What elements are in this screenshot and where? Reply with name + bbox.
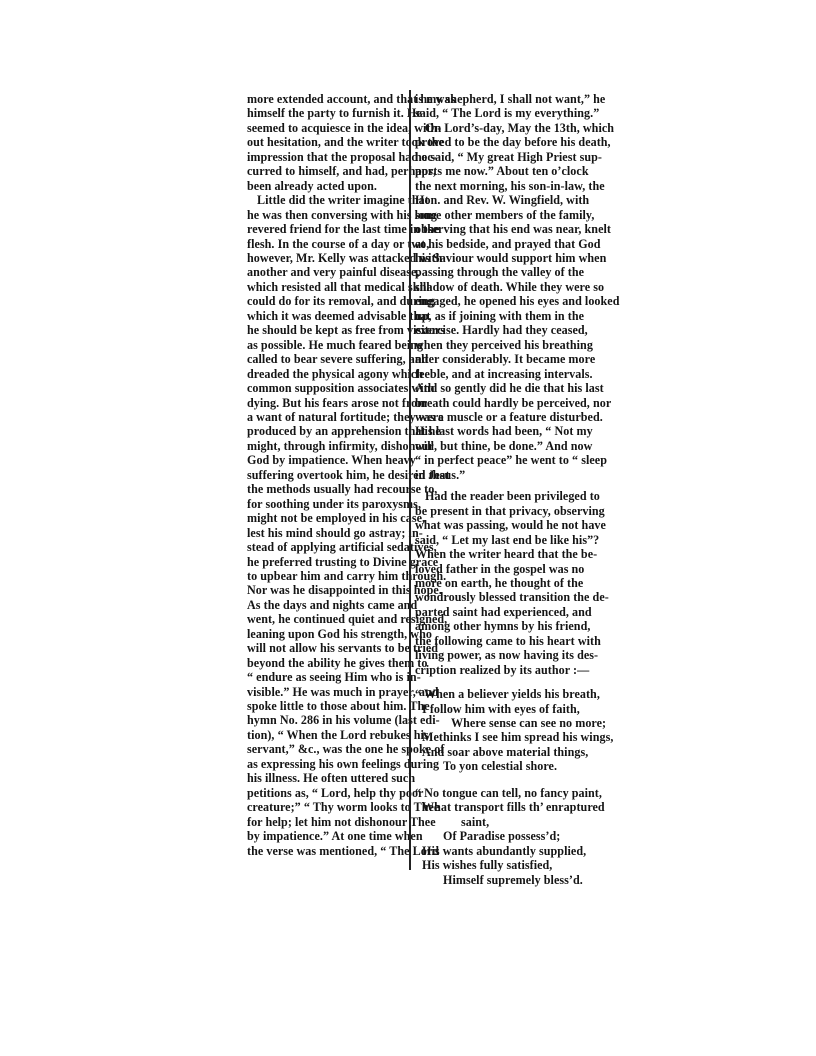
text-line: himself the party to furnish it. He (247, 106, 414, 120)
text-line: breath could hardly be perceived, nor (415, 396, 583, 410)
text-line: might, through infirmity, dishonour (247, 439, 414, 453)
text-line: his Saviour would support him when (415, 251, 583, 265)
paragraph-continued: more extended account, and that he was h… (247, 92, 414, 193)
text-line: could do for its removal, and during (247, 294, 414, 308)
verse-line: And soar above material things, (415, 745, 583, 759)
text-line: called to bear severe suffering, and (247, 352, 414, 366)
text-line: His last words had been, “ Not my (415, 424, 583, 438)
verse-line: I follow him with eyes of faith, (415, 702, 583, 716)
verse-line: His wants abundantly supplied, (415, 844, 583, 858)
text-line: exercise. Hardly had they ceased, (415, 323, 583, 337)
text-line: among other hymns by his friend, (415, 619, 583, 633)
verse-line: What transport fills th’ enraptured (415, 800, 583, 814)
verse-line: “ No tongue can tell, no fancy paint, (415, 786, 583, 800)
text-line: more extended account, and that he was (247, 92, 414, 106)
text-line: living power, as now having its des- (415, 648, 583, 662)
text-line: common supposition associates with (247, 381, 414, 395)
text-line: lest his mind should go astray; in- (247, 526, 414, 540)
text-line: might not be employed in his case, (247, 511, 414, 525)
text-line: impression that the proposal had oc- (247, 150, 414, 164)
text-line: dying. But his fears arose not from (247, 396, 414, 410)
text-line: visible.” He was much in prayer, and (247, 685, 414, 699)
text-line: “ in perfect peace” he went to “ sleep (415, 453, 583, 467)
left-column: more extended account, and that he was h… (247, 92, 414, 858)
text-line: seemed to acquiesce in the idea, with- (247, 121, 414, 135)
text-line: for help; let him not dishonour Thee (247, 815, 414, 829)
text-line: the next morning, his son-in-law, the (415, 179, 583, 193)
text-line: feeble, and at increasing intervals. (415, 367, 583, 381)
text-line: out hesitation, and the writer took the (247, 135, 414, 149)
text-line: he was then conversing with his long (247, 208, 414, 222)
text-line: “ endure as seeing Him who is in- (247, 670, 414, 684)
text-line: passing through the valley of the (415, 265, 583, 279)
text-line: Had the reader been privileged to (415, 489, 583, 503)
text-line: flesh. In the course of a day or two, (247, 237, 414, 251)
paragraph-continued-right: is my shepherd, I shall not want,” he sa… (415, 92, 583, 121)
text-line: he should be kept as free from visitors (247, 323, 414, 337)
text-line: Hon. and Rev. W. Wingfield, with (415, 193, 583, 207)
text-line: said, “ Let my last end be like his”? (415, 533, 583, 547)
text-line: for soothing under its paroxysms, (247, 497, 414, 511)
text-line: another and very painful disease, (247, 265, 414, 279)
text-line: he preferred trusting to Divine grace (247, 555, 414, 569)
text-line: hymn No. 286 in his volume (last edi- (247, 713, 414, 727)
verse-line: Himself supremely bless’d. (415, 873, 583, 887)
text-line: curred to himself, and had, perhaps, (247, 164, 414, 178)
text-line: went, he continued quiet and resigned, (247, 612, 414, 626)
text-line: revered friend for the last time in the (247, 222, 414, 236)
verse-line: Where sense can see no more; (415, 716, 583, 730)
text-line: which it was deemed advisable that (247, 309, 414, 323)
text-line: at his bedside, and prayed that God (415, 237, 583, 251)
text-line: he said, “ My great High Priest sup- (415, 150, 583, 164)
text-line: As the days and nights came and (247, 598, 414, 612)
text-line: in Jesus.” (415, 468, 583, 482)
paragraph-had-the-reader: Had the reader been privileged to be pre… (415, 489, 583, 677)
text-line: up, as if joining with them in the (415, 309, 583, 323)
verse-line: To yon celestial shore. (415, 759, 583, 773)
text-line: the following came to his heart with (415, 634, 583, 648)
text-line: produced by an apprehension that he (247, 424, 414, 438)
text-line: Little did the writer imagine that (247, 193, 414, 207)
text-line: is my shepherd, I shall not want,” he (415, 92, 583, 106)
text-line: stead of applying artificial sedatives, (247, 540, 414, 554)
verse-line: saint, (415, 815, 583, 829)
paragraph-lords-day: On Lord’s-day, May the 13th, which prove… (415, 121, 583, 482)
text-line: be present in that privacy, observing (415, 504, 583, 518)
text-line: to upbear him and carry him through. (247, 569, 414, 583)
verse-line: His wishes fully satisfied, (415, 858, 583, 872)
text-line: spoke little to those about him. The (247, 699, 414, 713)
text-line: what was passing, would he not have (415, 518, 583, 532)
verse-line: Methinks I see him spread his wings, (415, 730, 583, 744)
text-line: proved to be the day before his death, (415, 135, 583, 149)
text-line: wondrously blessed transition the de- (415, 590, 583, 604)
text-line: by impatience.” At one time when (247, 829, 414, 843)
text-line: suffering overtook him, he desired that (247, 468, 414, 482)
text-line: tion), “ When the Lord rebukes his (247, 728, 414, 742)
text-line: been already acted upon. (247, 179, 414, 193)
right-column: is my shepherd, I shall not want,” he sa… (415, 92, 583, 899)
verse-line: Of Paradise possess’d; (415, 829, 583, 843)
text-line: some other members of the family, (415, 208, 583, 222)
text-line: Nor was he disappointed in this hope. (247, 583, 414, 597)
text-line: as possible. He much feared being (247, 338, 414, 352)
text-line: leaning upon God his strength, who (247, 627, 414, 641)
text-line: observing that his end was near, knelt (415, 222, 583, 236)
text-line: as expressing his own feelings during (247, 757, 414, 771)
text-line: God by impatience. When heavy (247, 453, 414, 467)
text-line: When the writer heard that the be- (415, 547, 583, 561)
text-line: cription realized by its author :— (415, 663, 583, 677)
text-line: more on earth, he thought of the (415, 576, 583, 590)
text-line: dreaded the physical agony which (247, 367, 414, 381)
text-line: loved father in the gospel was no (415, 562, 583, 576)
text-line: creature;” “ Thy worm looks to Thee (247, 800, 414, 814)
text-line: when they perceived his breathing (415, 338, 583, 352)
text-line: the methods usually had recourse to, (247, 482, 414, 496)
text-line: ports me now.” About ten o’clock (415, 164, 583, 178)
hymn-stanza-2: “ No tongue can tell, no fancy paint, Wh… (415, 786, 583, 887)
text-line: the verse was mentioned, “ The Lord (247, 844, 414, 858)
text-line: said, “ The Lord is my everything.” (415, 106, 583, 120)
text-line: And so gently did he die that his last (415, 381, 583, 395)
text-line: beyond the ability he gives them to (247, 656, 414, 670)
text-line: petitions as, “ Lord, help thy poor (247, 786, 414, 800)
hymn-stanza-1: “ When a believer yields his breath, I f… (415, 687, 583, 774)
verse-line: “ When a believer yields his breath, (415, 687, 583, 701)
text-line: was a muscle or a feature disturbed. (415, 410, 583, 424)
paragraph-little-did: Little did the writer imagine that he wa… (247, 193, 414, 858)
column-divider (409, 90, 411, 870)
text-line: his illness. He often uttered such (247, 771, 414, 785)
text-line: which resisted all that medical skill (247, 280, 414, 294)
text-line: however, Mr. Kelly was attacked with (247, 251, 414, 265)
text-line: will, but thine, be done.” And now (415, 439, 583, 453)
text-line: shadow of death. While they were so (415, 280, 583, 294)
text-line: engaged, he opened his eyes and looked (415, 294, 583, 308)
hymn-quotation: “ When a believer yields his breath, I f… (415, 687, 583, 887)
text-line: parted saint had experienced, and (415, 605, 583, 619)
text-line: a want of natural fortitude; they were (247, 410, 414, 424)
document-page: more extended account, and that he was h… (0, 0, 816, 1056)
text-line: servant,” &c., was the one he spoke of (247, 742, 414, 756)
text-line: alter considerably. It became more (415, 352, 583, 366)
text-line: will not allow his servants to be tried (247, 641, 414, 655)
text-line: On Lord’s-day, May the 13th, which (415, 121, 583, 135)
